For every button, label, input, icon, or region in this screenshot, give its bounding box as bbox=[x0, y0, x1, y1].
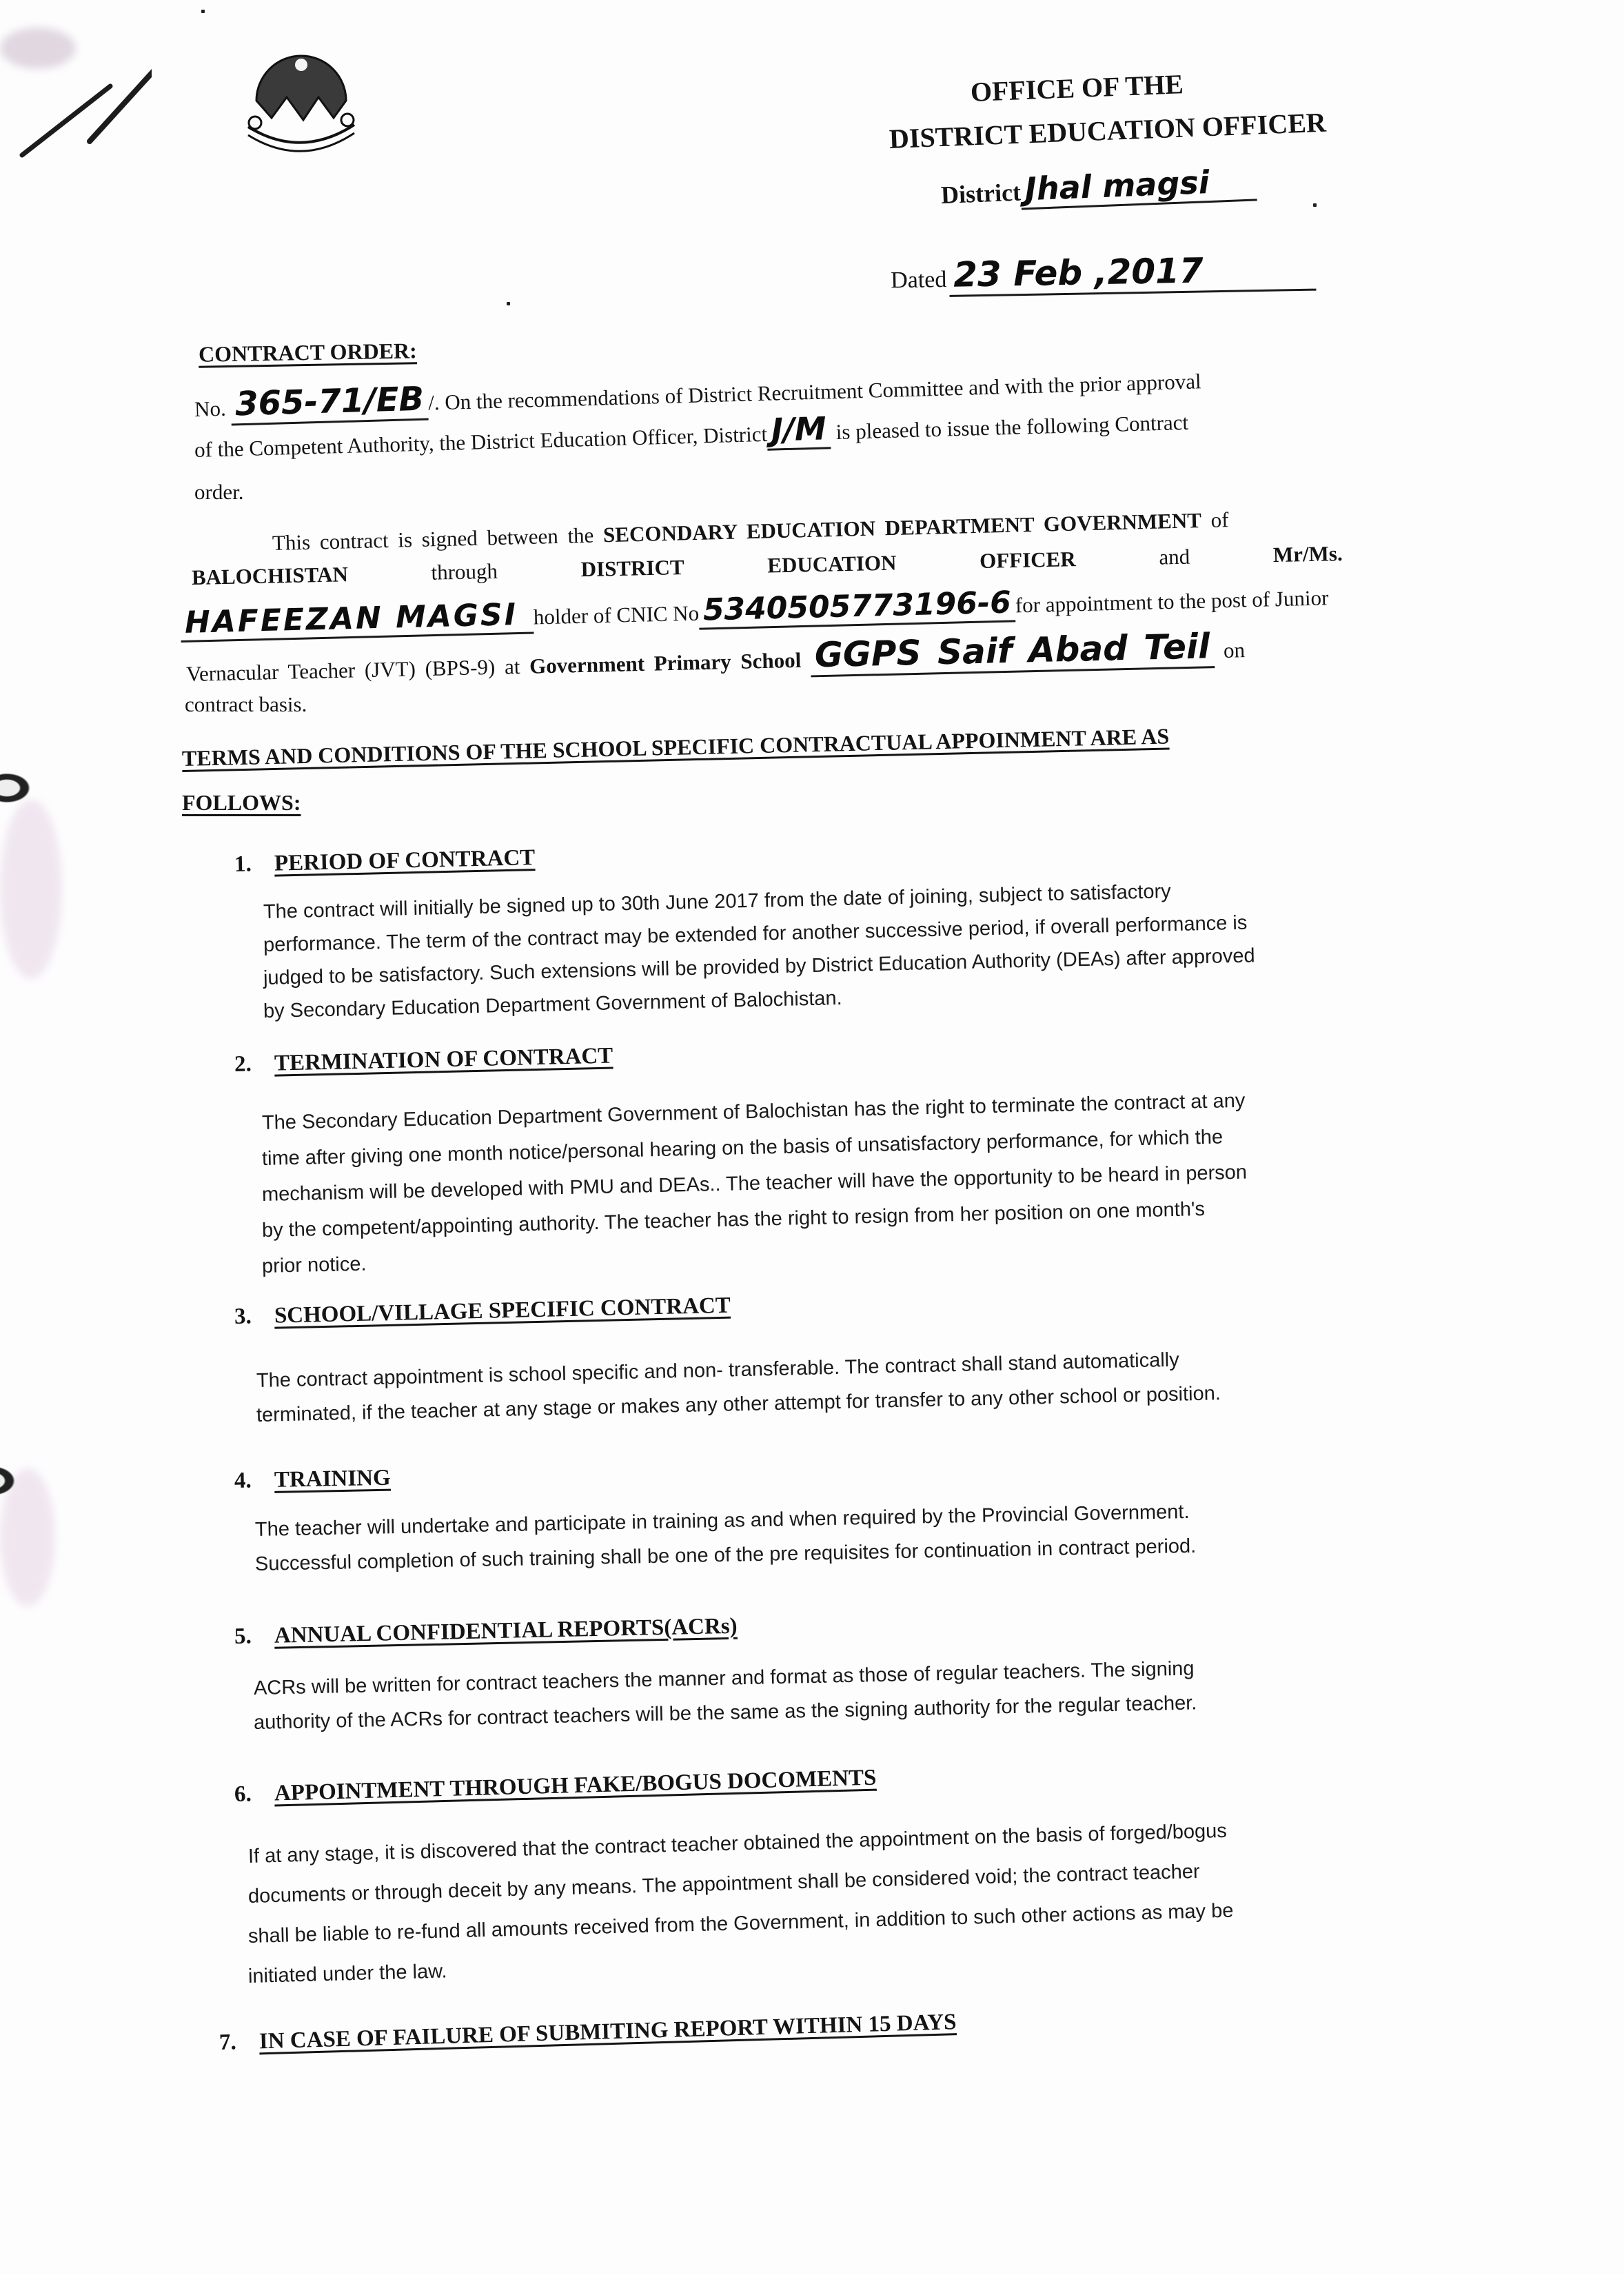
dated-label: Dated bbox=[891, 267, 947, 293]
section-body-line: prior notice. bbox=[261, 1248, 367, 1282]
contract-line-1-text: This contract is signed between the bbox=[272, 523, 594, 555]
word-balochistan: BALOCHISTAN bbox=[192, 562, 349, 590]
section-number: 7. bbox=[219, 2029, 259, 2056]
terms-heading-follows: FOLLOWS: bbox=[182, 790, 301, 816]
order-district-short: J/M bbox=[767, 410, 831, 451]
section-body-line: initiated under the law. bbox=[247, 1955, 447, 1992]
word-officer: OFFICER bbox=[980, 547, 1076, 574]
section-number: 4. bbox=[234, 1468, 275, 1494]
scan-smudge bbox=[0, 800, 62, 979]
school-name-value: GGPS Saif Abad Teil bbox=[810, 626, 1215, 677]
post-text: Vernacular Teacher (JVT) (BPS-9) at bbox=[186, 654, 520, 686]
section-number: 2. bbox=[234, 1051, 275, 1078]
district-label: District bbox=[940, 179, 1021, 209]
contract-line-3-text: for appointment to the post of Junior bbox=[1015, 585, 1328, 617]
section-number: 6. bbox=[234, 1781, 275, 1808]
section-number: 5. bbox=[234, 1624, 275, 1650]
section-title: 7.IN CASE OF FAILURE OF SUBMITING REPORT… bbox=[219, 2010, 957, 2056]
terms-heading: TERMS AND CONDITIONS OF THE SCHOOL SPECI… bbox=[182, 724, 1170, 771]
contract-line-1-of: of bbox=[1210, 507, 1229, 532]
order-line-2-text: of the Competent Authority, the District… bbox=[194, 422, 768, 462]
scanned-document-page: OFFICE OF THE DISTRICT EDUCATION OFFICER… bbox=[0, 0, 1624, 2275]
contract-order-heading: CONTRACT ORDER: bbox=[199, 338, 417, 367]
section-title-text: TRAINING bbox=[274, 1466, 391, 1493]
word-district: DISTRICT bbox=[580, 555, 684, 582]
department-name: SECONDARY EDUCATION DEPARTMENT GOVERNMEN… bbox=[603, 508, 1202, 547]
contract-line-5: contract basis. bbox=[185, 692, 307, 717]
section-title-text: PERIOD OF CONTRACT bbox=[274, 845, 536, 876]
section-title: 4.TRAINING bbox=[234, 1466, 391, 1494]
word-through: through bbox=[431, 559, 498, 585]
section-title-text: ANNUAL CONFIDENTIAL REPORTS(ACRs) bbox=[274, 1614, 738, 1648]
section-title-text: TERMINATION OF CONTRACT bbox=[274, 1044, 613, 1076]
order-line-2-text-b: is pleased to issue the following Contra… bbox=[835, 410, 1188, 444]
section-title: 2.TERMINATION OF CONTRACT bbox=[234, 1044, 613, 1078]
paper-clip-mark bbox=[14, 59, 152, 169]
section-title: 5.ANNUAL CONFIDENTIAL REPORTS(ACRs) bbox=[234, 1614, 738, 1650]
school-type-text: Government Primary School bbox=[529, 648, 802, 678]
district-value: Jhal magsi bbox=[1020, 161, 1257, 210]
word-mr-ms: Mr/Ms. bbox=[1273, 541, 1343, 567]
section-title: 1.PERIOD OF CONTRACT bbox=[234, 845, 536, 878]
section-title-text: IN CASE OF FAILURE OF SUBMITING REPORT W… bbox=[258, 2010, 957, 2054]
section-title-text: APPOINTMENT THROUGH FAKE/BOGUS DOCOMENTS bbox=[274, 1766, 876, 1806]
cnic-label: holder of CNIC No bbox=[533, 601, 699, 629]
order-no-label: No. bbox=[194, 396, 227, 421]
cnic-number-value: 5340505773196-6 bbox=[698, 585, 1015, 629]
section-title-text: SCHOOL/VILLAGE SPECIFIC CONTRACT bbox=[274, 1293, 731, 1328]
word-and: and bbox=[1159, 545, 1190, 570]
punch-hole-mark bbox=[0, 772, 32, 804]
dated-value: 23 Feb ,2017 bbox=[949, 249, 1317, 297]
office-heading: OFFICE OF THE bbox=[970, 68, 1184, 108]
dated-field: Dated 23 Feb ,2017 bbox=[891, 249, 1317, 299]
section-number: 1. bbox=[234, 851, 275, 878]
order-number-value: 365-71/EB bbox=[231, 380, 429, 426]
order-line-3: order. bbox=[194, 480, 243, 505]
word-education: EDUCATION bbox=[767, 551, 897, 578]
section-title: 3.SCHOOL/VILLAGE SPECIFIC CONTRACT bbox=[234, 1293, 731, 1330]
section-title: 6.APPOINTMENT THROUGH FAKE/BOGUS DOCOMEN… bbox=[234, 1766, 877, 1808]
district-field: DistrictJhal magsi bbox=[940, 161, 1257, 213]
section-number: 3. bbox=[234, 1304, 275, 1330]
contract-line-4-on: on bbox=[1224, 638, 1246, 663]
teacher-name-value: HAFEEZAN MAGSI bbox=[180, 596, 534, 642]
office-heading-officer: DISTRICT EDUCATION OFFICER bbox=[889, 106, 1327, 155]
balochistan-government-emblem-icon bbox=[243, 45, 360, 156]
